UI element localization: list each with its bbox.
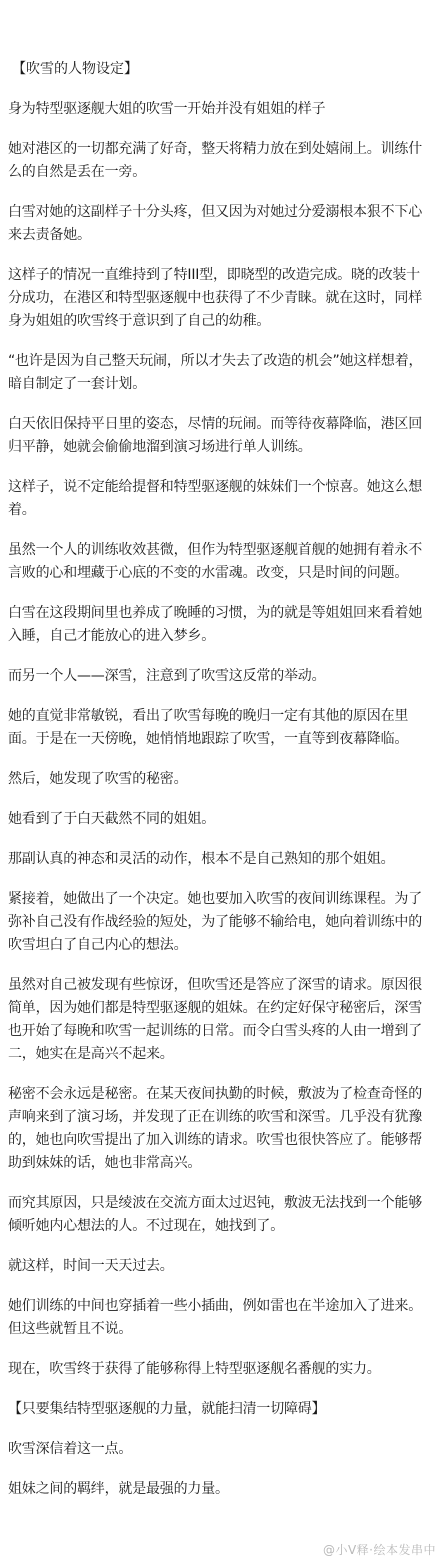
paragraph: 秘密不会永远是秘密。在某天夜间执勤的时候，敷波为了检查奇怪的声响来到了演习场，并…: [8, 1083, 432, 1175]
paragraph: 她看到了于白天截然不同的姐姐。: [8, 808, 432, 831]
paragraph: 她的直觉非常敏锐，看出了吹雪每晚的晚归一定有其他的原因在里面。于是在一天傍晚，她…: [8, 705, 432, 751]
quote-heading: 【只要集结特型驱逐舰的力量，就能扫清一切障碍】: [8, 1398, 432, 1421]
paragraph: 她们训练的中间也穿插着一些小插曲，例如雷也在半途加入了进来。但这些就暂且不说。: [8, 1295, 432, 1341]
paragraph: 吹雪深信着这一点。: [8, 1438, 432, 1461]
paragraph: 白雪对她的这副样子十分头疼，但又因为对她过分爱溺根本狠不下心来去责备她。: [8, 201, 432, 247]
paragraph: 就这样，时间一天天过去。: [8, 1255, 432, 1278]
paragraph: 紧接着，她做出了一个决定。她也要加入吹雪的夜间训练课程。为了弥补自己没有作战经验…: [8, 888, 432, 957]
paragraph: 她对港区的一切都充满了好奇，整天将精力放在到处嬉闹上。训练什么的自然是丢在一旁。: [8, 138, 432, 184]
paragraph: 然后，她发现了吹雪的秘密。: [8, 768, 432, 791]
paragraph: “也许是因为自己整天玩闹，所以才失去了改造的机会”她这样想着，暗自制定了一套计划…: [8, 350, 432, 396]
paragraph: 现在，吹雪终于获得了能够称得上特型驱逐舰名番舰的实力。: [8, 1358, 432, 1381]
paragraph: 姐妹之间的羁绊，就是最强的力量。: [8, 1478, 432, 1501]
article-body: 【吹雪的人物设定】 身为特型驱逐舰大姐的吹雪一开始并没有姐姐的样子 她对港区的一…: [8, 58, 432, 1518]
section-heading: 【吹雪的人物设定】: [8, 58, 432, 81]
paragraph: 这样子的情况一直维持到了特III型，即晓型的改造完成。晓的改装十分成功，在港区和…: [8, 264, 432, 333]
paragraph: 这样子，说不定能给提督和特型驱逐舰的妹妹们一个惊喜。她这么想着。: [8, 476, 432, 522]
paragraph: 虽然一个人的训练收效甚微，但作为特型驱逐舰首舰的她拥有着永不言败的心和埋藏于心底…: [8, 539, 432, 585]
paragraph: 白雪在这段期间里也养成了晚睡的习惯，为的就是等姐姐回来看着她入睡，自己才能放心的…: [8, 602, 432, 648]
paragraph: 那副认真的神态和灵活的动作，根本不是自己熟知的那个姐姐。: [8, 848, 432, 871]
paragraph: 而另一个人——深雪，注意到了吹雪这反常的举动。: [8, 665, 432, 688]
paragraph: 白天依旧保持平日里的姿态，尽情的玩闹。而等待夜幕降临，港区回归平静，她就会偷偷地…: [8, 413, 432, 459]
paragraph: 而究其原因，只是绫波在交流方面太过迟钝，敷波无法找到一个能够倾听她内心想法的人。…: [8, 1192, 432, 1238]
paragraph: 身为特型驱逐舰大姐的吹雪一开始并没有姐姐的样子: [8, 98, 432, 121]
paragraph: 虽然对自己被发现有些惊讶，但吹雪还是答应了深雪的请求。原因很简单，因为她们都是特…: [8, 974, 432, 1066]
watermark: @小V释·绘本发串中: [323, 1541, 436, 1558]
